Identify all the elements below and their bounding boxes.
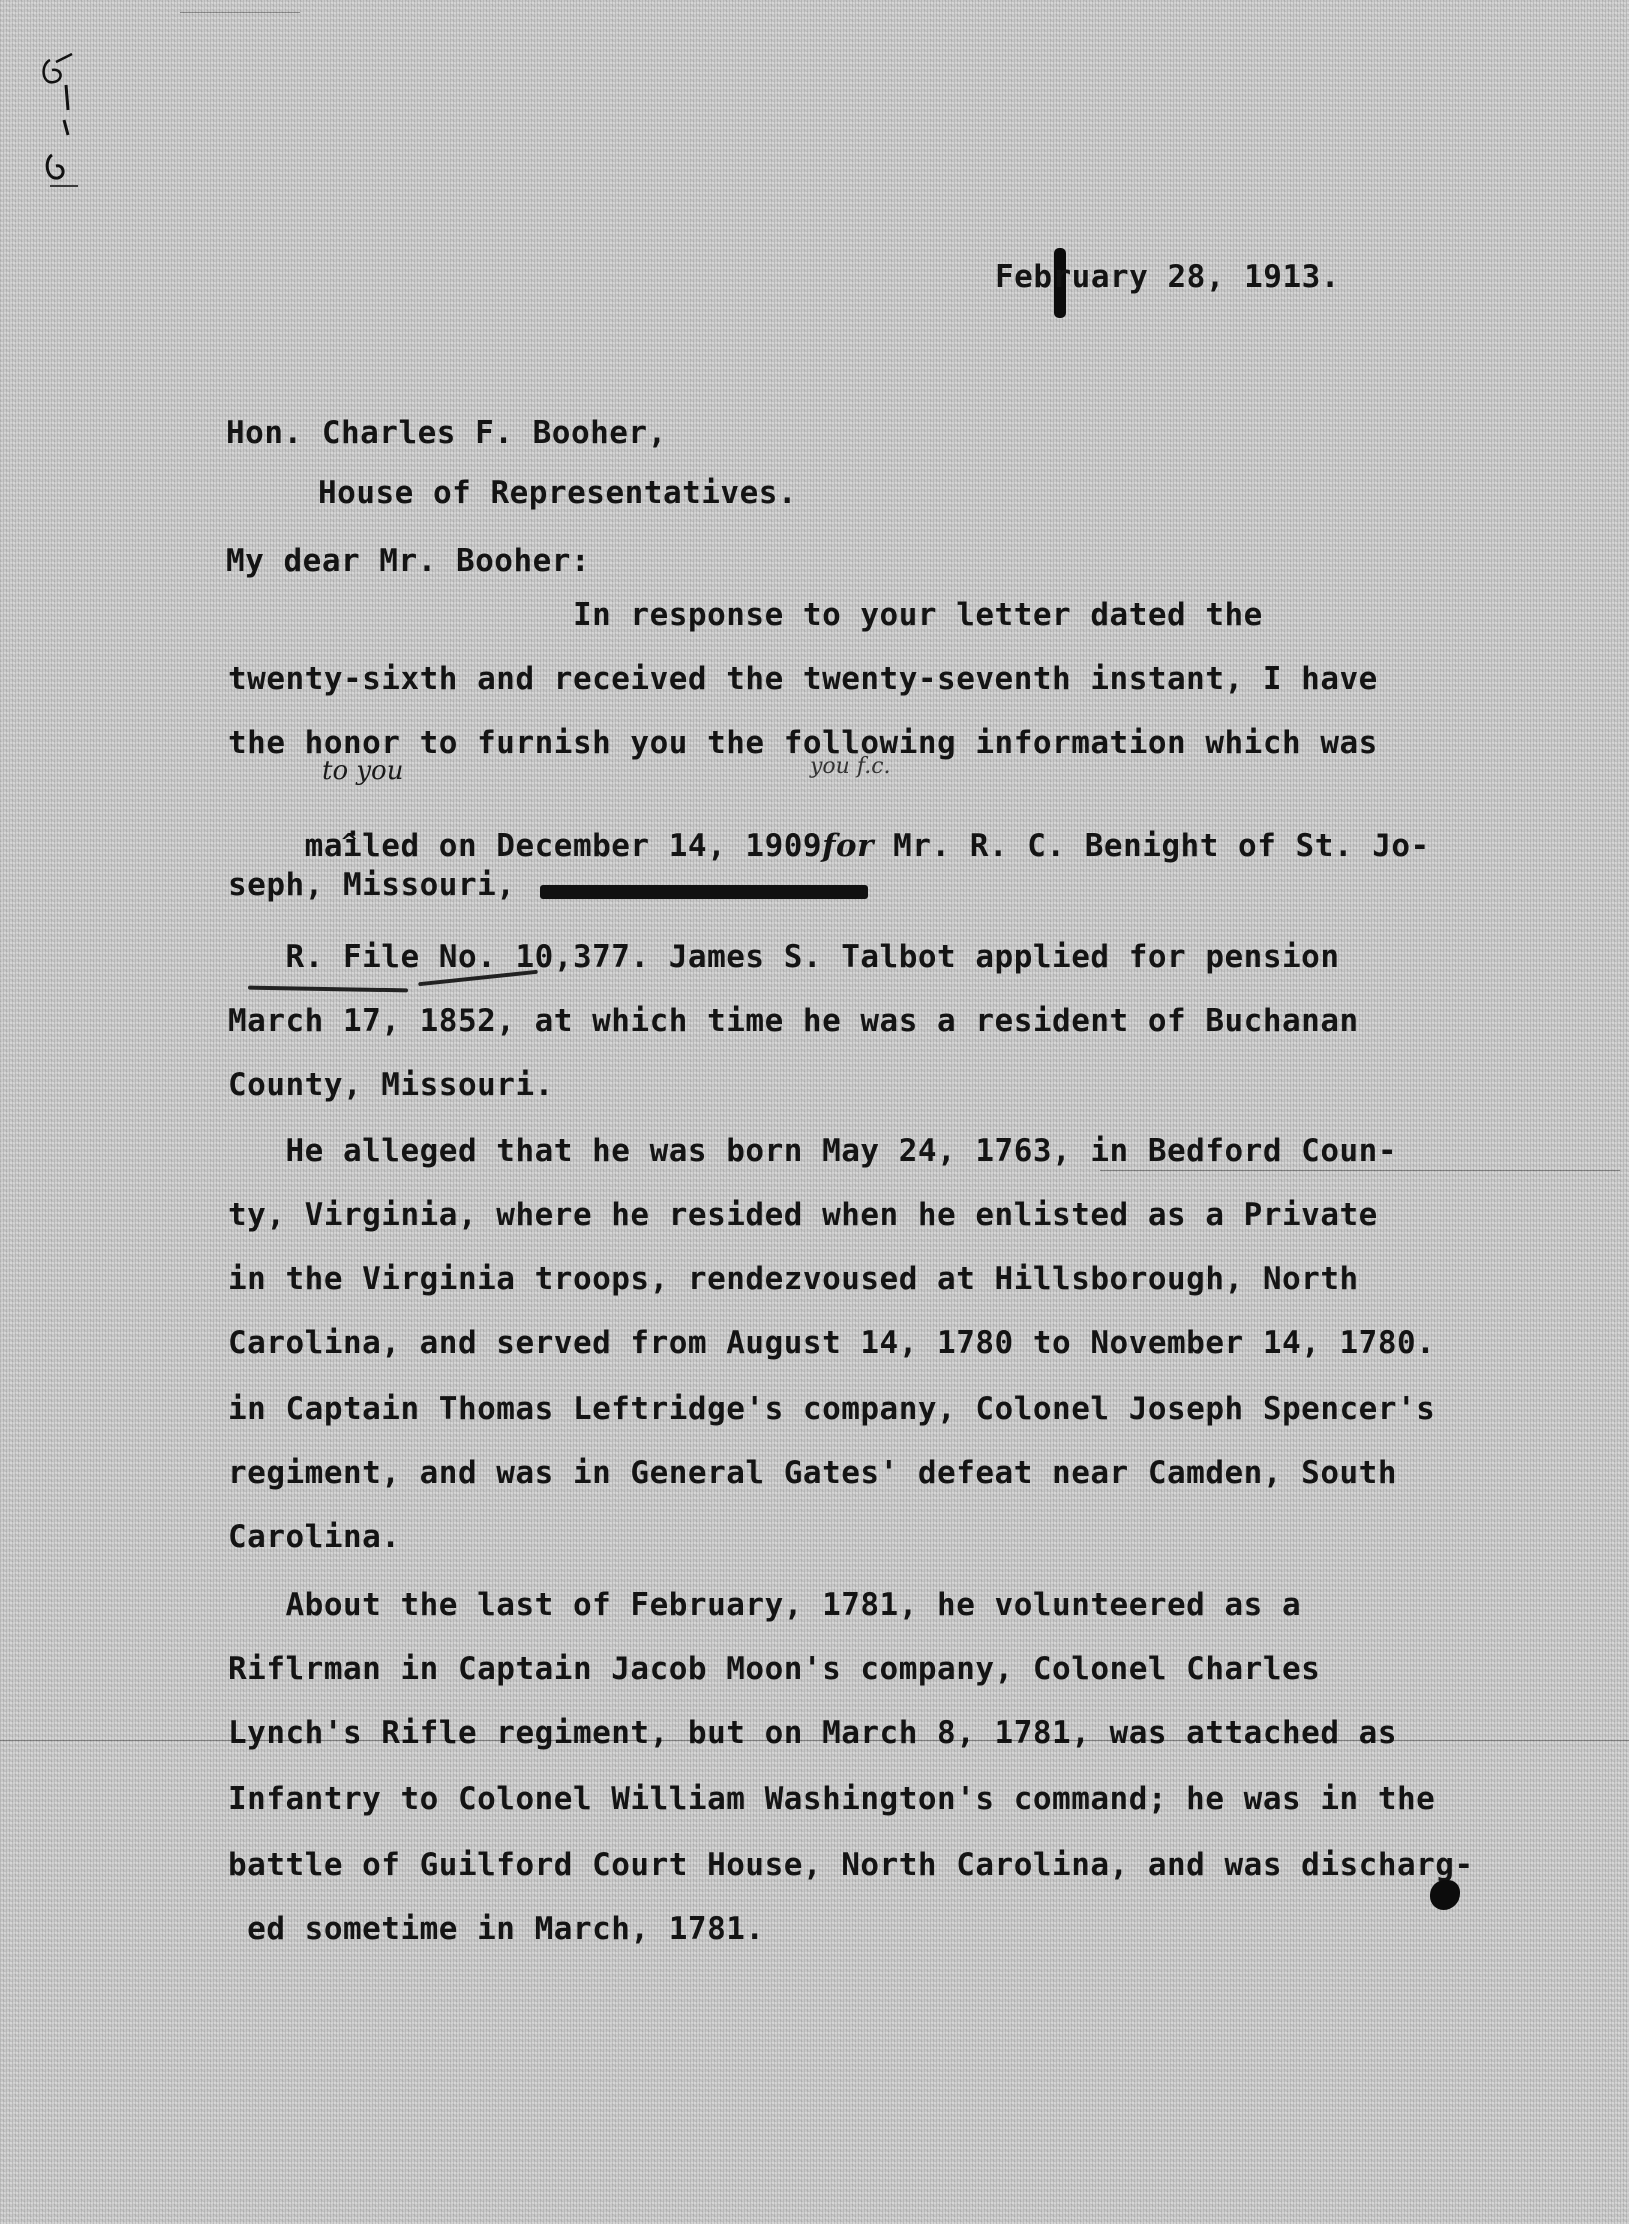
body-line-9: He alleged that he was born May 24, 1763… [228, 1136, 1397, 1167]
body-line-16: About the last of February, 1781, he vol… [228, 1590, 1301, 1621]
body-line-11: in the Virginia troops, rendezvoused at … [228, 1264, 1359, 1295]
body-line-8: County, Missouri. [228, 1070, 554, 1101]
handwritten-for: for [822, 828, 874, 864]
body-line-14: regiment, and was in General Gates' defe… [228, 1458, 1397, 1489]
scan-artifact-line [0, 1740, 1629, 1741]
body-line-5: seph, Missouri, [228, 870, 535, 901]
body-line-1: In response to your letter dated the [228, 600, 1263, 631]
body-line-10: ty, Virginia, where he resided when he e… [228, 1200, 1378, 1231]
underline-file-number [248, 986, 408, 993]
letter-date: February 28, 1913. [995, 262, 1340, 293]
ink-blot [1430, 1880, 1460, 1910]
handwritten-insert-you-fc: you f.c. [810, 754, 891, 779]
handwritten-insert-to-you: to you [322, 756, 403, 786]
recipient-name: Hon. Charles F. Booher, [226, 418, 667, 449]
struck-out-text [540, 885, 868, 899]
body-line-7: March 17, 1852, at which time he was a r… [228, 1006, 1359, 1037]
body-line-4-part3: Mr. R. C. Benight of St. Jo- [874, 828, 1430, 864]
scan-artifact-line [1100, 1170, 1620, 1171]
body-line-13: in Captain Thomas Leftridge's company, C… [228, 1394, 1435, 1425]
body-line-2: twenty-sixth and received the twenty-sev… [228, 664, 1378, 695]
body-line-12: Carolina, and served from August 14, 178… [228, 1328, 1435, 1359]
insertion-caret: ^ [340, 830, 358, 855]
body-line-19: Infantry to Colonel William Washington's… [228, 1784, 1435, 1815]
body-line-6: R. File No. 10,377. James S. Talbot appl… [228, 942, 1340, 973]
letter-page: February 28, 1913. Hon. Charles F. Boohe… [0, 0, 1629, 2224]
handwritten-initials-icon [38, 40, 78, 190]
margin-initials-mark [38, 40, 78, 190]
body-line-17: Riflrman in Captain Jacob Moon's company… [228, 1654, 1320, 1685]
body-line-3: the honor to furnish you the following i… [228, 728, 1378, 759]
salutation: My dear Mr. Booher: [226, 546, 590, 577]
body-line-20: battle of Guilford Court House, North Ca… [228, 1850, 1474, 1881]
recipient-office: House of Representatives. [318, 478, 797, 509]
body-line-18: Lynch's Rifle regiment, but on March 8, … [228, 1718, 1397, 1749]
body-line-4-part1: mailed on December 14, 1909 [305, 828, 822, 864]
body-line-15: Carolina. [228, 1522, 400, 1553]
scan-artifact-line [180, 12, 300, 13]
body-line-21: ed sometime in March, 1781. [228, 1914, 765, 1945]
